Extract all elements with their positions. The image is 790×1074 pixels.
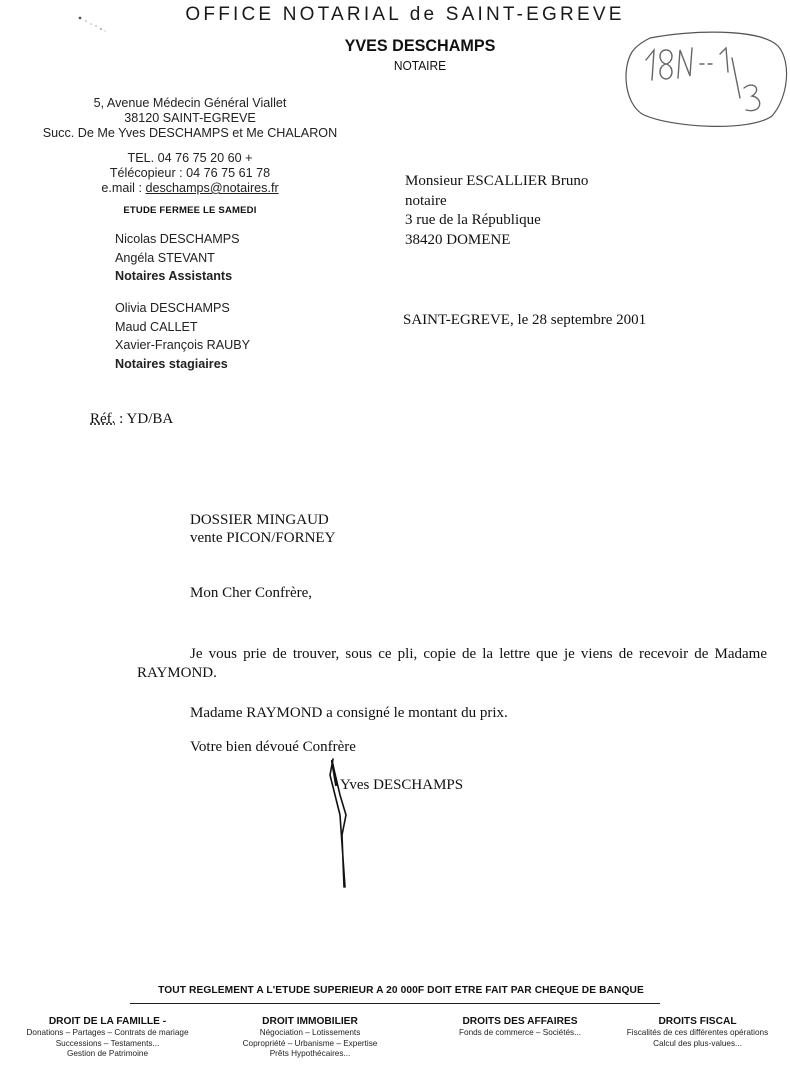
payment-notice: TOUT REGLEMENT A L'ETUDE SUPERIEUR A 20 …: [6, 985, 790, 996]
column-line: Successions – Testaments...: [0, 1039, 215, 1050]
place-and-date: SAINT-EGREVE, le 28 septembre 2001: [403, 312, 646, 329]
column-line: Prêts Hypothécaires...: [210, 1049, 410, 1060]
handwritten-reference-stamp: [620, 28, 790, 133]
address-line: Succ. De Me Yves DESCHAMPS et Me CHALARO…: [0, 126, 380, 141]
column-line: Calcul des plus-values...: [605, 1039, 790, 1050]
staff-name: Maud CALLET: [115, 318, 250, 337]
column-title: DROITS DES AFFAIRES: [425, 1015, 615, 1028]
staff-name: Nicolas DESCHAMPS: [115, 230, 240, 249]
reference-label: Réf.: [90, 411, 115, 427]
column-line: Donations – Partages – Contrats de maria…: [0, 1028, 215, 1039]
phone-number: TEL. 04 76 75 20 60 +: [0, 151, 380, 166]
column-line: Gestion de Patrimoine: [0, 1049, 215, 1060]
staff-assistants: Nicolas DESCHAMPS Angéla STEVANT Notaire…: [115, 230, 240, 286]
column-line: Fiscalités de ces différentes opérations: [605, 1028, 790, 1039]
column-title: DROIT IMMOBILIER: [210, 1015, 410, 1028]
reference-line: Réf. : YD/BA: [90, 411, 173, 428]
column-line: Fonds de commerce – Sociétés...: [425, 1028, 615, 1039]
closed-saturday-note: ETUDE FERMEE LE SAMEDI: [0, 205, 380, 216]
column-line: Copropriété – Urbanisme – Expertise: [210, 1039, 410, 1050]
recipient-line: Monsieur ESCALLIER Bruno: [405, 172, 588, 192]
footer-column-business-law: DROITS DES AFFAIRES Fonds de commerce – …: [425, 1015, 615, 1039]
address-line: 38120 SAINT-EGREVE: [0, 111, 380, 126]
staff-name: Angéla STEVANT: [115, 249, 240, 268]
salutation: Mon Cher Confrère,: [190, 585, 312, 602]
email-row: e.mail : deschamps@notaires.fr: [0, 181, 380, 196]
staff-trainees: Olivia DESCHAMPS Maud CALLET Xavier-Fran…: [115, 299, 250, 373]
recipient-line: 38420 DOMENE: [405, 231, 588, 251]
subject-dossier: DOSSIER MINGAUD: [190, 511, 335, 529]
subject-sale: vente PICON/FORNEY: [190, 529, 335, 547]
footer-divider: [130, 1003, 660, 1004]
handwritten-signature-icon: [320, 755, 370, 900]
staff-name: Xavier-François RAUBY: [115, 336, 250, 355]
footer-column-real-estate-law: DROIT IMMOBILIER Négociation – Lotisseme…: [210, 1015, 410, 1060]
body-paragraph-1: Je vous prie de trouver, sous ce pli, co…: [137, 645, 767, 682]
staff-name: Olivia DESCHAMPS: [115, 299, 250, 318]
body-paragraph-2: Madame RAYMOND a consigné le montant du …: [190, 705, 508, 722]
contact-info: TEL. 04 76 75 20 60 + Télécopieur : 04 7…: [0, 151, 380, 196]
subject-block: DOSSIER MINGAUD vente PICON/FORNEY: [190, 511, 335, 547]
office-address: 5, Avenue Médecin Général Viallet 38120 …: [0, 96, 380, 141]
column-line: Négociation – Lotissements: [210, 1028, 410, 1039]
recipient-line: 3 rue de la République: [405, 211, 588, 231]
fax-number: Télécopieur : 04 76 75 61 78: [0, 166, 380, 181]
footer-column-tax-law: DROITS FISCAL Fiscalités de ces différen…: [605, 1015, 790, 1049]
email-link[interactable]: deschamps@notaires.fr: [145, 181, 278, 195]
address-line: 5, Avenue Médecin Général Viallet: [0, 96, 380, 111]
staff-role: Notaires stagiaires: [115, 355, 250, 374]
recipient-address: Monsieur ESCALLIER Bruno notaire 3 rue d…: [405, 172, 588, 250]
column-title: DROITS FISCAL: [605, 1015, 790, 1028]
footer-column-family-law: DROIT DE LA FAMILLE - Donations – Partag…: [0, 1015, 215, 1060]
column-title: DROIT DE LA FAMILLE -: [0, 1015, 215, 1028]
closing-formula: Votre bien dévoué Confrère: [190, 739, 356, 756]
office-title: OFFICE NOTARIAL de SAINT-EGREVE: [0, 4, 790, 26]
staff-role: Notaires Assistants: [115, 267, 240, 286]
hand-drawn-circle-icon: [620, 28, 790, 128]
reference-value: : YD/BA: [115, 411, 173, 427]
recipient-line: notaire: [405, 192, 588, 212]
email-label: e.mail :: [101, 181, 145, 195]
